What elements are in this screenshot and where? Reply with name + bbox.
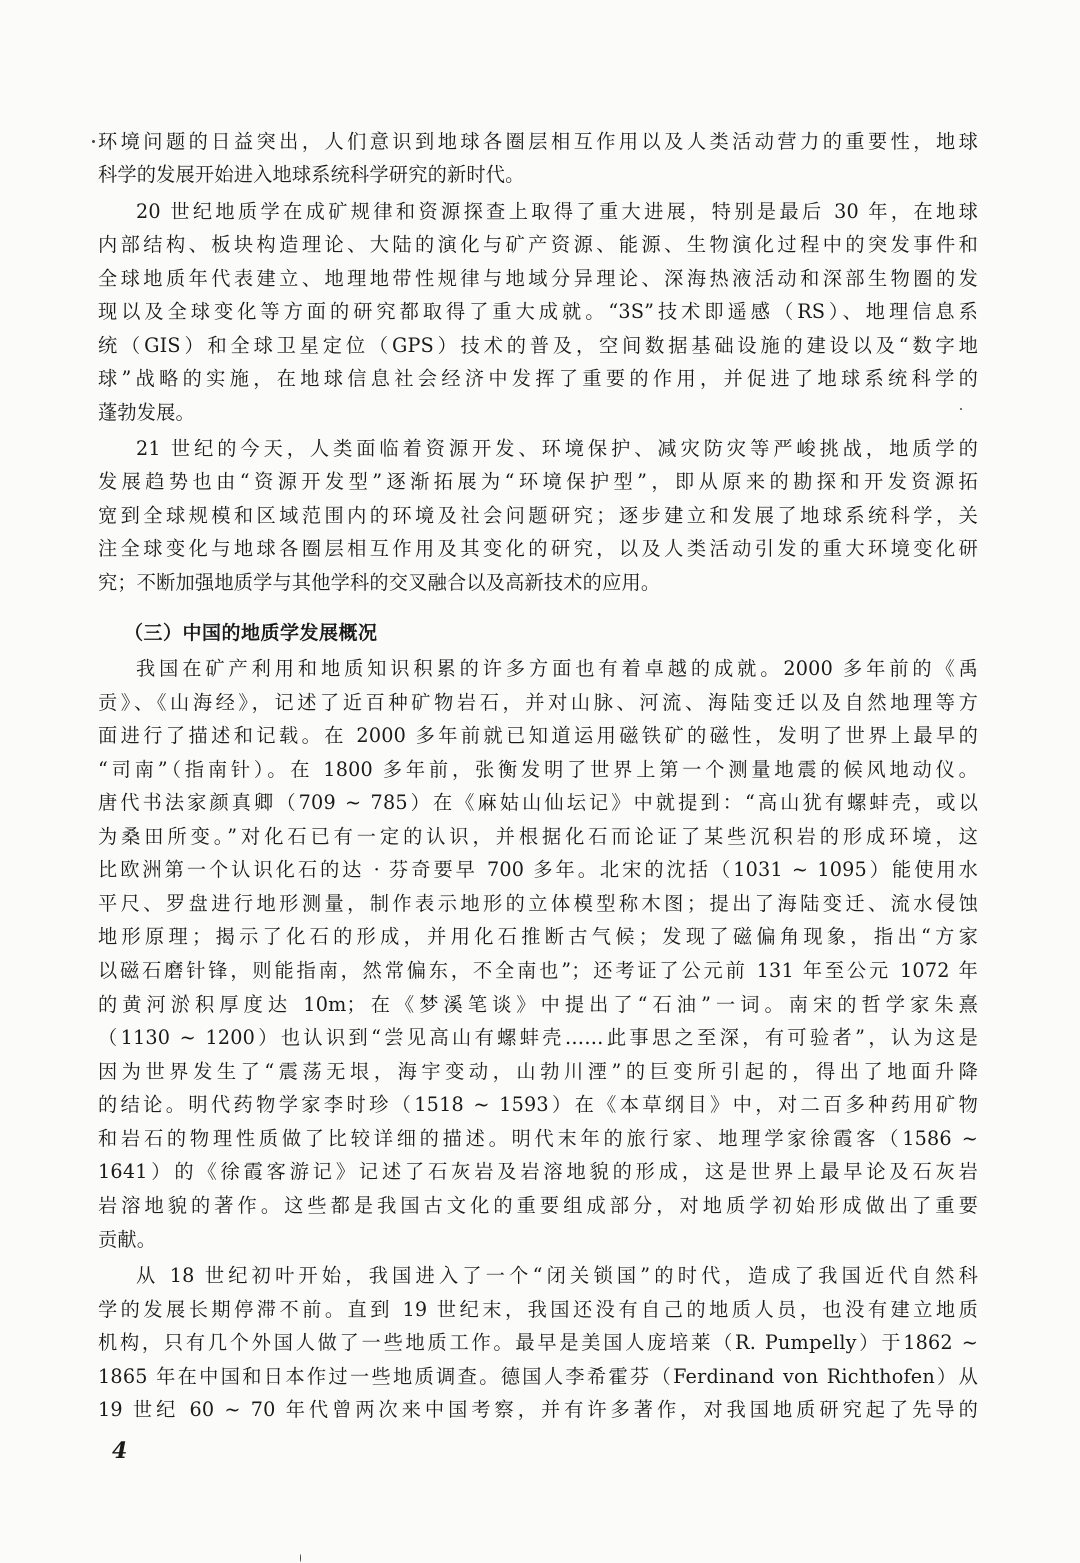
text-line: 和岩石的物理性质做了比较详细的描述。明代末年的旅行家、地理学家徐霞客（1586 … <box>98 1124 978 1154</box>
scan-artifact <box>92 140 95 143</box>
text-line: 19 世纪 60 ~ 70 年代曾两次来中国考察，并有许多著作，对我国地质研究起… <box>98 1395 978 1425</box>
page-number: 4 <box>112 1438 127 1464</box>
text-line: 21 世纪的今天，人类面临着资源开发、环境保护、减灾防灾等严峻挑战，地质学的 <box>136 434 978 464</box>
scan-artifact <box>300 1554 301 1562</box>
text-line: 20 世纪地质学在成矿规律和资源探查上取得了重大进展，特别是最后 30 年，在地… <box>136 197 978 227</box>
text-line: 环境问题的日益突出，人们意识到地球各圈层相互作用以及人类活动营力的重要性，地球 <box>98 127 978 157</box>
text-line: 比欧洲第一个认识化石的达 · 芬奇要早 700 多年。北宋的沈括（1031 ~ … <box>98 855 978 885</box>
text-line: 宽到全球规模和区域范围内的环境及社会问题研究；逐步建立和发展了地球系统科学，关 <box>98 501 978 531</box>
section-heading: （三）中国的地质学发展概况 <box>124 618 378 648</box>
text-line: 发展趋势也由“资源开发型”逐渐拓展为“环境保护型”，即从原来的勘探和开发资源拓 <box>98 467 978 497</box>
text-line: 球”战略的实施，在地球信息社会经济中发挥了重要的作用，并促进了地球系统科学的 <box>98 364 978 394</box>
text-line: 1641）的《徐霞客游记》记述了石灰岩及岩溶地貌的形成，这是世界上最早论及石灰岩 <box>98 1157 978 1187</box>
text-line: （1130 ~ 1200）也认识到“尝见高山有螺蚌壳……此事思之至深，有可验者”… <box>98 1023 978 1053</box>
book-page: 环境问题的日益突出，人们意识到地球各圈层相互作用以及人类活动营力的重要性，地球 … <box>0 0 1080 1563</box>
text-line: 贡献。 <box>98 1225 978 1255</box>
text-line: 地形原理；揭示了化石的形成，并用化石推断古气候；发现了磁偏角现象，指出“方家 <box>98 922 978 952</box>
text-line: 学的发展长期停滞不前。直到 19 世纪末，我国还没有自己的地质人员，也没有建立地… <box>98 1295 978 1325</box>
text-line: “司南”（指南针）。在 1800 多年前，张衡发明了世界上第一个测量地震的候风地… <box>98 755 978 785</box>
text-line: 1865 年在中国和日本作过一些地质调查。德国人李希霍芬（Ferdinand v… <box>98 1362 978 1392</box>
scan-artifact <box>960 408 962 410</box>
text-line: 科学的发展开始进入地球系统科学研究的新时代。 <box>98 160 978 190</box>
text-line: 面进行了描述和记载。在 2000 多年前就已知道运用磁铁矿的磁性，发明了世界上最… <box>98 721 978 751</box>
text-line: 为桑田所变。”对化石已有一定的认识，并根据化石而论证了某些沉积岩的形成环境，这 <box>98 822 978 852</box>
text-line: 因为世界发生了“震荡无垠，海宇变动，山勃川湮”的巨变所引起的，得出了地面升降 <box>98 1057 978 1087</box>
text-line: 机构，只有几个外国人做了一些地质工作。最早是美国人庞培莱（R. Pumpelly… <box>98 1328 978 1358</box>
text-line: 平尺、罗盘进行地形测量，制作表示地形的立体模型称木图；提出了海陆变迁、流水侵蚀 <box>98 889 978 919</box>
text-line: 唐代书法家颜真卿（709 ~ 785）在《麻姑山仙坛记》中就提到：“高山犹有螺蚌… <box>98 788 978 818</box>
text-line: 以磁石磨针锋，则能指南，然常偏东，不全南也”；还考证了公元前 131 年至公元 … <box>98 956 978 986</box>
text-line: 的结论。明代药物学家李时珍（1518 ~ 1593）在《本草纲目》中，对二百多种… <box>98 1090 978 1120</box>
text-line: 贡》、《山海经》，记述了近百种矿物岩石，并对山脉、河流、海陆变迁以及自然地理等方 <box>98 688 978 718</box>
text-line: 现以及全球变化等方面的研究都取得了重大成就。“3S”技术即遥感（RS）、地理信息… <box>98 297 978 327</box>
text-line: 统（GIS）和全球卫星定位（GPS）技术的普及，空间数据基础设施的建设以及“数字… <box>98 331 978 361</box>
text-line: 全球地质年代表建立、地理地带性规律与地域分异理论、深海热液活动和深部生物圈的发 <box>98 264 978 294</box>
text-line: 注全球变化与地球各圈层相互作用及其变化的研究，以及人类活动引发的重大环境变化研 <box>98 534 978 564</box>
text-line: 从 18 世纪初叶开始，我国进入了一个“闭关锁国”的时代，造成了我国近代自然科 <box>136 1261 978 1291</box>
text-line: 究；不断加强地质学与其他学科的交叉融合以及高新技术的应用。 <box>98 568 978 598</box>
text-line: 蓬勃发展。 <box>98 398 978 428</box>
text-line: 内部结构、板块构造理论、大陆的演化与矿产资源、能源、生物演化过程中的突发事件和 <box>98 230 978 260</box>
text-line: 我国在矿产利用和地质知识积累的许多方面也有着卓越的成就。2000 多年前的《禹 <box>136 654 978 684</box>
text-line: 的黄河淤积厚度达 10m；在《梦溪笔谈》中提出了“石油”一词。南宋的哲学家朱熹 <box>98 990 978 1020</box>
text-line: 岩溶地貌的著作。这些都是我国古文化的重要组成部分，对地质学初始形成做出了重要 <box>98 1191 978 1221</box>
